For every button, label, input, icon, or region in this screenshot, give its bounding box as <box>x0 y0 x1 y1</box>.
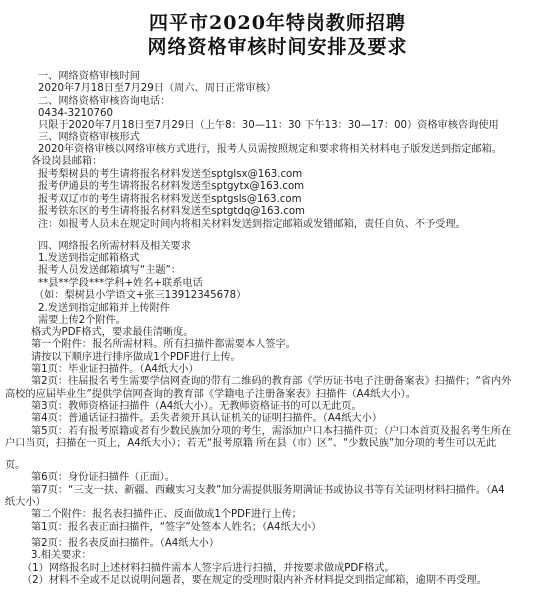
document-line: 四、网络报名所需材料及相关要求 <box>38 241 191 253</box>
document-line: 2020年7月18日至7月29日（周六、周日正常审核） <box>38 83 276 95</box>
document-line: **县**学段***学科+姓名+联系电话 <box>38 278 203 290</box>
document-line: 需要上传2个附件。 <box>38 315 126 327</box>
document-line: 各设岗县邮箱： <box>31 156 102 168</box>
document-line: 纸大小） <box>5 497 46 509</box>
document-line: 请按以下顺序进行排序做成1个PDF进行上传。 <box>31 352 241 364</box>
document-line: 三、网络资格审核形式 <box>38 132 140 144</box>
document-line: 第6页：身份证扫描件（正面）。 <box>31 472 175 484</box>
document-line: （1）网络报名时上述材料扫描件需本人签字后进行扫描，并按要求做成PDF格式。 <box>22 563 395 575</box>
document-line: 3.相关要求： <box>31 550 92 562</box>
document-line: 第3页：教师资格证扫描件（A4纸大小）。无教师资格证书的可以无此页。 <box>31 401 362 413</box>
document-line: 第2页：报名表反面扫描件。（A4纸大小） <box>31 538 219 550</box>
document-line: 二、网络资格审核咨询电话： <box>38 96 170 108</box>
document-line: 报考人员发送邮箱填写“主题”： <box>38 265 181 277</box>
document-line: 第1页：报名表正面扫描件，“签字”处签本人姓名；（A4纸大小） <box>31 522 321 534</box>
document-line: 户口当页，扫描在一页上，A4纸大小）；若无“报考原籍 所在县（市）区”、“少数民… <box>5 438 496 450</box>
document-line: 0434-3210760 <box>38 108 113 120</box>
document-line: 1.发送到指定邮箱格式 <box>38 253 139 265</box>
document-line: 报考梨树县的考生请将报名材料发送至sptglsx@163.com <box>38 169 302 181</box>
document-line: 注：如报考人员未在规定时间内将相关材料发送到指定邮箱或发错邮箱，责任自负、不予受… <box>38 219 466 231</box>
document-line: 第4页：普通话证扫描件。丢失者须开具认证机关的证明扫描件。（A4纸大小） <box>31 413 382 425</box>
document-line: 报考铁东区的考生请将报名材料发送至sptgtdq@163.com <box>38 206 305 218</box>
document-line: 一、网络资格审核时间 <box>38 71 140 83</box>
document-line: 第1页：毕业证扫描件。（A4纸大小） <box>31 364 199 376</box>
document-line: 只限于2020年7月18日至7月29日（上午8：30—11：30 下午13：30… <box>38 120 499 132</box>
document-line: 报考伊通县的考生请将报名材料发送至sptgytx@163.com <box>38 181 304 193</box>
document-line: 高校的应届毕业生”提供学信网查询的教育部《学籍电子注册备案表》扫描件（A4纸大小… <box>5 389 416 401</box>
document-line: 格式为PDF格式，要求最佳清晰度。 <box>31 327 193 339</box>
document-line: 2020年资格审核以网络审核方式进行，报考人员需按照规定和要求将相关材料电子版发… <box>38 144 502 156</box>
document-title-line2: 网络资格审核时间安排及要求 <box>0 32 555 59</box>
document-line: 页。 <box>5 460 25 472</box>
document-line: 第5页：若有报考原籍或者有少数民族加分项的考生，需添加户口本扫描件页；（户口本首… <box>31 426 511 438</box>
document-line: （2）材料不全或不足以说明问题者，要在规定的受理时限内补齐材料提交到指定邮箱，逾… <box>22 575 487 587</box>
document-line: 第一个附件：报名所需材料。所有扫描件都需要本人签字。 <box>31 339 296 351</box>
document-title-line1: 四平市2020年特岗教师招聘 <box>0 8 555 35</box>
document-line: 2.发送到指定邮箱并上传附件 <box>38 303 170 315</box>
document-line: 第2页：往届报名考生需要学信网查询的带有二维码的教育部《学历证书电子注册备案表》… <box>31 376 511 388</box>
document-line: 报考双辽市的考生请将报名材料发送至sptgsls@163.com <box>38 194 302 206</box>
document-line: 第二个附件：报名表扫描件正、反面做成1个PDF进行上传； <box>31 509 302 521</box>
document-line: 第7页：“三支一扶、新疆、西藏实习支教”加分需提供服务期满证书或协议书等有关证明… <box>31 485 505 497</box>
document-line: （如：梨树县小学语文+张三13912345678） <box>34 290 246 302</box>
